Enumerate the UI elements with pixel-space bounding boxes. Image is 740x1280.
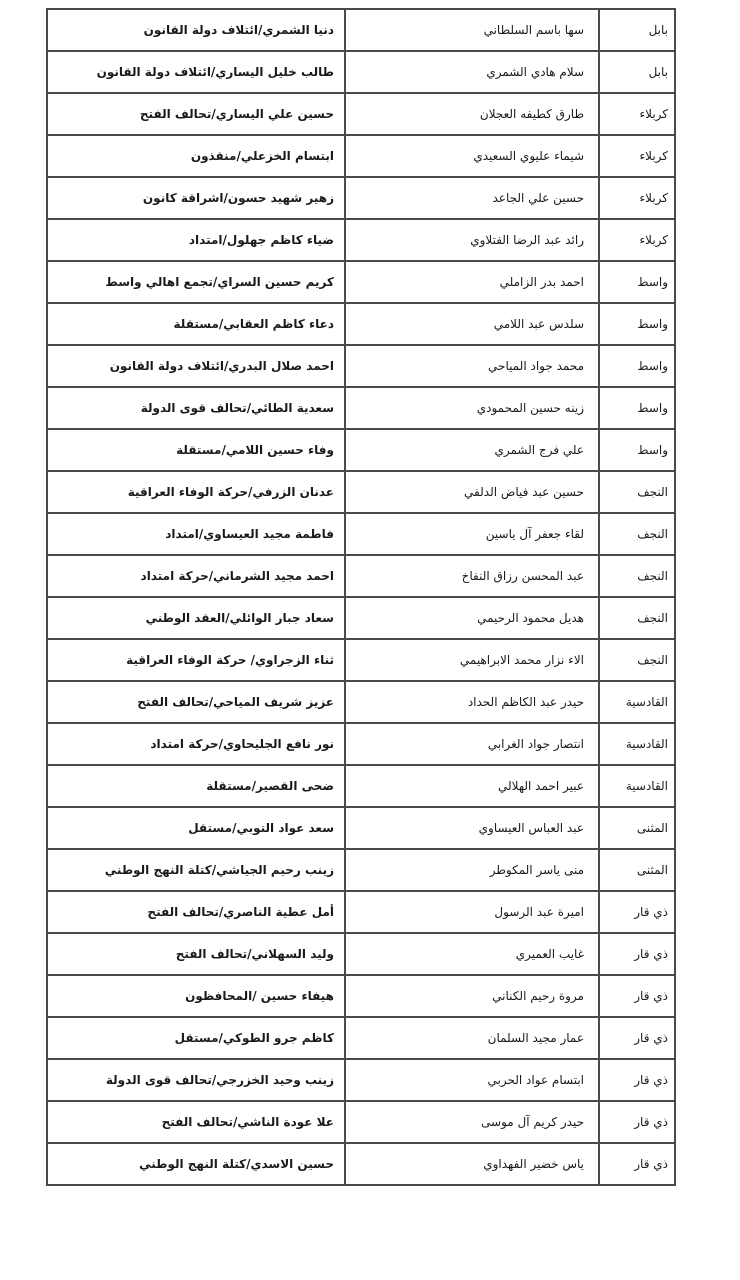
name-cell: ابتسام عواد الحربي bbox=[345, 1059, 599, 1101]
province-cell: النجف bbox=[599, 639, 675, 681]
replacement-cell: سعدية الطائي/تحالف قوى الدولة bbox=[47, 387, 345, 429]
replacement-cell: زهير شهيد حسون/اشراقة كانون bbox=[47, 177, 345, 219]
replacements-table: بابلسها باسم السلطانيدنيا الشمري/ائتلاف … bbox=[46, 8, 676, 1186]
name-cell: عبير احمد الهلالي bbox=[345, 765, 599, 807]
name-cell: سلدس عبد اللامي bbox=[345, 303, 599, 345]
replacement-cell: فاطمة مجيد العيساوي/امتداد bbox=[47, 513, 345, 555]
replacement-cell: أمل عطية الناصري/تحالف الفتح bbox=[47, 891, 345, 933]
replacement-cell: علا عودة الناشي/تحالف الفتح bbox=[47, 1101, 345, 1143]
name-cell: حيدر كريم آل موسى bbox=[345, 1101, 599, 1143]
table-row: المثنىمنى ياسر المكوطرزينب رحيم الجياشي/… bbox=[47, 849, 675, 891]
table-row: النجفحسين عبد فياض الدلفيعدنان الزرفي/حر… bbox=[47, 471, 675, 513]
table-row: القادسيةعبير احمد الهلاليضحى القصير/مستق… bbox=[47, 765, 675, 807]
table-row: واسطاحمد بدر الزامليكريم حسين السراي/تجم… bbox=[47, 261, 675, 303]
province-cell: بابل bbox=[599, 51, 675, 93]
table-row: واسطمحمد جواد المياحياحمد صلال البدري/ائ… bbox=[47, 345, 675, 387]
name-cell: زينه حسين المحمودي bbox=[345, 387, 599, 429]
replacement-cell: هيفاء حسين /المحافظون bbox=[47, 975, 345, 1017]
replacement-cell: كريم حسين السراي/تجمع اهالي واسط bbox=[47, 261, 345, 303]
replacement-cell: عدنان الزرفي/حركة الوفاء العراقية bbox=[47, 471, 345, 513]
table-row: واسطزينه حسين المحموديسعدية الطائي/تحالف… bbox=[47, 387, 675, 429]
replacement-cell: ضياء كاظم جهلول/امتداد bbox=[47, 219, 345, 261]
province-cell: النجف bbox=[599, 555, 675, 597]
table-row: بابلسها باسم السلطانيدنيا الشمري/ائتلاف … bbox=[47, 9, 675, 51]
province-cell: واسط bbox=[599, 429, 675, 471]
province-cell: كربلاء bbox=[599, 219, 675, 261]
province-cell: كربلاء bbox=[599, 93, 675, 135]
table-row: واسطسلدس عبد اللاميدعاء كاظم العقابي/مست… bbox=[47, 303, 675, 345]
table-row: ذي قارعمار مجيد السلمانكاظم جرو الطوكي/م… bbox=[47, 1017, 675, 1059]
replacement-cell: زينب رحيم الجياشي/كتلة النهج الوطني bbox=[47, 849, 345, 891]
name-cell: مروة رحيم الكناني bbox=[345, 975, 599, 1017]
table-row: القادسيةانتصار جواد الغرابينور نافع الجل… bbox=[47, 723, 675, 765]
name-cell: عبد المحسن رزاق النفاخ bbox=[345, 555, 599, 597]
name-cell: هديل محمود الرحيمي bbox=[345, 597, 599, 639]
province-cell: القادسية bbox=[599, 723, 675, 765]
province-cell: النجف bbox=[599, 513, 675, 555]
replacement-cell: نور نافع الجليحاوي/حركة امتداد bbox=[47, 723, 345, 765]
replacement-cell: ابتسام الخزعلي/منقذون bbox=[47, 135, 345, 177]
province-cell: القادسية bbox=[599, 681, 675, 723]
replacement-cell: طالب خليل اليساري/ائتلاف دولة القانون bbox=[47, 51, 345, 93]
replacement-cell: وفاء حسين اللامي/مستقلة bbox=[47, 429, 345, 471]
table-row: ذي قارابتسام عواد الحربيزينب وحيد الخزرج… bbox=[47, 1059, 675, 1101]
province-cell: كربلاء bbox=[599, 177, 675, 219]
province-cell: ذي قار bbox=[599, 933, 675, 975]
table-row: واسطعلي فرج الشمريوفاء حسين اللامي/مستقل… bbox=[47, 429, 675, 471]
table-row: ذي قارحيدر كريم آل موسىعلا عودة الناشي/ت… bbox=[47, 1101, 675, 1143]
table-row: كربلاءرائد عبد الرضا الفتلاويضياء كاظم ج… bbox=[47, 219, 675, 261]
table-row: النجفالاء نزار محمد الابراهيميثناء الزجر… bbox=[47, 639, 675, 681]
province-cell: بابل bbox=[599, 9, 675, 51]
province-cell: ذي قار bbox=[599, 1017, 675, 1059]
province-cell: ذي قار bbox=[599, 1101, 675, 1143]
province-cell: النجف bbox=[599, 597, 675, 639]
province-cell: واسط bbox=[599, 303, 675, 345]
replacement-cell: زينب وحيد الخزرجي/تحالف قوى الدولة bbox=[47, 1059, 345, 1101]
province-cell: القادسية bbox=[599, 765, 675, 807]
table-row: كربلاءحسين علي الجاعدزهير شهيد حسون/اشرا… bbox=[47, 177, 675, 219]
name-cell: انتصار جواد الغرابي bbox=[345, 723, 599, 765]
replacement-cell: حسين علي اليساري/تحالف الفتح bbox=[47, 93, 345, 135]
replacement-cell: ضحى القصير/مستقلة bbox=[47, 765, 345, 807]
table-body: بابلسها باسم السلطانيدنيا الشمري/ائتلاف … bbox=[47, 9, 675, 1185]
name-cell: حيدر عبد الكاظم الحداد bbox=[345, 681, 599, 723]
province-cell: المثنى bbox=[599, 849, 675, 891]
table-row: النجفعبد المحسن رزاق النفاخاحمد مجيد الش… bbox=[47, 555, 675, 597]
table-row: ذي قارياس خضير الفهداويحسين الاسدي/كتلة … bbox=[47, 1143, 675, 1185]
replacement-cell: احمد مجيد الشرماني/حركة امتداد bbox=[47, 555, 345, 597]
name-cell: سها باسم السلطاني bbox=[345, 9, 599, 51]
name-cell: سلام هادي الشمري bbox=[345, 51, 599, 93]
province-cell: النجف bbox=[599, 471, 675, 513]
replacement-cell: حسين الاسدي/كتلة النهج الوطني bbox=[47, 1143, 345, 1185]
table-row: المثنىعبد العباس العيساويسعد عواد التوبي… bbox=[47, 807, 675, 849]
table-row: القادسيةحيدر عبد الكاظم الحدادعزيز شريف … bbox=[47, 681, 675, 723]
name-cell: شيماء عليوي السعيدي bbox=[345, 135, 599, 177]
replacement-cell: ثناء الزجراوي/ حركة الوفاء العراقية bbox=[47, 639, 345, 681]
province-cell: واسط bbox=[599, 345, 675, 387]
name-cell: عبد العباس العيساوي bbox=[345, 807, 599, 849]
name-cell: رائد عبد الرضا الفتلاوي bbox=[345, 219, 599, 261]
name-cell: طارق كطيفه العجلان bbox=[345, 93, 599, 135]
province-cell: المثنى bbox=[599, 807, 675, 849]
table-row: ذي قارمروة رحيم الكنانيهيفاء حسين /المحا… bbox=[47, 975, 675, 1017]
replacement-cell: وليد السهلاني/تحالف الفتح bbox=[47, 933, 345, 975]
name-cell: الاء نزار محمد الابراهيمي bbox=[345, 639, 599, 681]
table-row: كربلاءطارق كطيفه العجلانحسين علي اليساري… bbox=[47, 93, 675, 135]
name-cell: محمد جواد المياحي bbox=[345, 345, 599, 387]
replacement-cell: سعاد جبار الوائلي/العقد الوطني bbox=[47, 597, 345, 639]
name-cell: حسين علي الجاعد bbox=[345, 177, 599, 219]
replacement-cell: سعد عواد التوبي/مستقل bbox=[47, 807, 345, 849]
table-row: ذي قاراميرة عبد الرسولأمل عطية الناصري/ت… bbox=[47, 891, 675, 933]
name-cell: علي فرج الشمري bbox=[345, 429, 599, 471]
replacement-cell: احمد صلال البدري/ائتلاف دولة القانون bbox=[47, 345, 345, 387]
table-row: النجفهديل محمود الرحيميسعاد جبار الوائلي… bbox=[47, 597, 675, 639]
replacement-cell: دنيا الشمري/ائتلاف دولة القانون bbox=[47, 9, 345, 51]
province-cell: واسط bbox=[599, 261, 675, 303]
table-row: بابلسلام هادي الشمريطالب خليل اليساري/ائ… bbox=[47, 51, 675, 93]
name-cell: منى ياسر المكوطر bbox=[345, 849, 599, 891]
table-row: ذي قارغايب العميريوليد السهلاني/تحالف ال… bbox=[47, 933, 675, 975]
name-cell: غايب العميري bbox=[345, 933, 599, 975]
table-row: كربلاءشيماء عليوي السعيديابتسام الخزعلي/… bbox=[47, 135, 675, 177]
document-page: بابلسها باسم السلطانيدنيا الشمري/ائتلاف … bbox=[46, 8, 673, 1186]
province-cell: واسط bbox=[599, 387, 675, 429]
name-cell: لقاء جعفر آل ياسين bbox=[345, 513, 599, 555]
province-cell: ذي قار bbox=[599, 1059, 675, 1101]
table-row: النجفلقاء جعفر آل ياسينفاطمة مجيد العيسا… bbox=[47, 513, 675, 555]
province-cell: ذي قار bbox=[599, 891, 675, 933]
replacement-cell: عزيز شريف المياحي/تحالف الفتح bbox=[47, 681, 345, 723]
name-cell: احمد بدر الزاملي bbox=[345, 261, 599, 303]
name-cell: اميرة عبد الرسول bbox=[345, 891, 599, 933]
replacement-cell: دعاء كاظم العقابي/مستقلة bbox=[47, 303, 345, 345]
name-cell: عمار مجيد السلمان bbox=[345, 1017, 599, 1059]
province-cell: كربلاء bbox=[599, 135, 675, 177]
province-cell: ذي قار bbox=[599, 1143, 675, 1185]
name-cell: ياس خضير الفهداوي bbox=[345, 1143, 599, 1185]
name-cell: حسين عبد فياض الدلفي bbox=[345, 471, 599, 513]
province-cell: ذي قار bbox=[599, 975, 675, 1017]
replacement-cell: كاظم جرو الطوكي/مستقل bbox=[47, 1017, 345, 1059]
